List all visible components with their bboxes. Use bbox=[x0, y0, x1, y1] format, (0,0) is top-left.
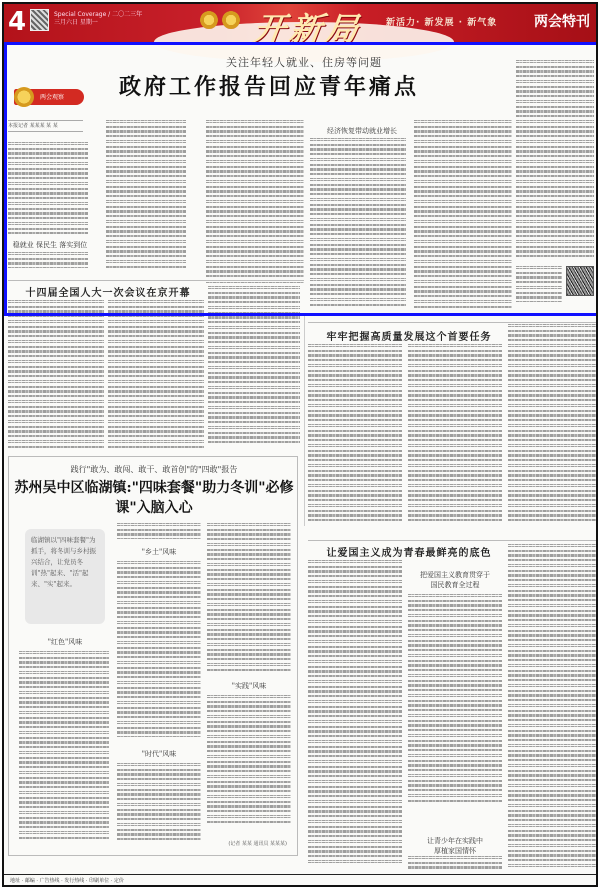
article4-subhead-4: 厚植家国情怀 bbox=[410, 846, 500, 856]
feature-subhead-2: "乡土"风味 bbox=[117, 547, 201, 557]
article2-headline: 十四届全国人大一次会议在京开幕 bbox=[8, 284, 208, 299]
lead-subhead-1: 稳就业 保民生 落实到位 bbox=[8, 240, 92, 250]
article4-subhead-2: 国民教育全过程 bbox=[410, 580, 500, 590]
lead-body-col-2 bbox=[106, 120, 186, 268]
feature-body-col-3b bbox=[207, 695, 291, 825]
lead-body-col-5 bbox=[414, 120, 512, 310]
article2-body-col-2 bbox=[108, 300, 204, 448]
masthead-info: Special Coverage / 二〇二三年三月六日 星期一 bbox=[54, 11, 144, 27]
feature-footnote: (记者 某某 通讯员 某某某) bbox=[228, 840, 287, 847]
article3-body-col-1 bbox=[308, 344, 402, 522]
feature-lead-box: 临湖镇以"四味套餐"为抓手，将冬训与乡村振兴结合，让党员冬训"热"起来、"活"起… bbox=[25, 529, 105, 624]
masthead-slogans: 新活力· 新发展 · 新气象 bbox=[386, 15, 497, 28]
feature-body-col-3a bbox=[207, 523, 291, 673]
article4-subhead-3: 让青少年在实践中 bbox=[410, 836, 500, 846]
page-footer: 地址 · 邮编 · 广告热线 · 发行热线 · 印刷单位 · 定价 bbox=[4, 874, 596, 887]
lead-body-col-6 bbox=[516, 60, 594, 260]
feature-article-box: 践行"敢为、敢闯、敢干、敢首创"的"四敢"报告 苏州吴中区临湖镇:"四味套餐"助… bbox=[8, 456, 298, 856]
masthead: 4 Special Coverage / 二〇二三年三月六日 星期一 开新局 新… bbox=[4, 4, 596, 42]
article4-headline: 让爱国主义成为青春最鲜亮的底色 bbox=[324, 544, 494, 559]
lead-kicker: 关注年轻人就业、住房等问题 bbox=[184, 54, 424, 70]
divider bbox=[8, 280, 304, 281]
party-emblem-icon bbox=[222, 11, 240, 29]
article3-body-col-3 bbox=[508, 324, 596, 522]
divider bbox=[308, 322, 596, 323]
feature-body-col-2a bbox=[117, 523, 201, 539]
column-divider bbox=[304, 316, 305, 526]
article3-body-col-2 bbox=[408, 344, 502, 522]
masthead-title: 开新局 bbox=[251, 4, 365, 50]
article3-headline: 牢牢把握高质量发展这个首要任务 bbox=[314, 328, 504, 343]
feature-subhead-4: "实践"风味 bbox=[207, 681, 291, 691]
newspaper-page: 4 Special Coverage / 二〇二三年三月六日 星期一 开新局 新… bbox=[2, 2, 598, 887]
lead-body-col-6b bbox=[516, 266, 562, 302]
qr-code-icon bbox=[566, 266, 594, 296]
masthead-section-label: 两会特刊 bbox=[534, 11, 590, 31]
qr-code-icon bbox=[30, 9, 49, 31]
article2-body-col-3 bbox=[208, 286, 300, 446]
feature-subhead-3: "时代"风味 bbox=[117, 749, 201, 759]
feature-kicker: 践行"敢为、敢闯、敢干、敢首创"的"四敢"报告 bbox=[9, 464, 299, 475]
feature-subhead-1: "红色"风味 bbox=[25, 637, 105, 647]
lead-body-col-4 bbox=[310, 138, 406, 306]
feature-headline: 苏州吴中区临湖镇:"四味套餐"助力冬训"必修课"入脑入心 bbox=[9, 477, 299, 517]
lead-body-col-1b bbox=[8, 252, 88, 268]
feature-body-col-2c bbox=[117, 763, 201, 841]
emblem-icon bbox=[14, 87, 34, 107]
lead-headline: 政府工作报告回应青年痛点 bbox=[104, 70, 434, 101]
national-emblem-icon bbox=[200, 11, 218, 29]
page-number: 4 bbox=[8, 7, 26, 37]
lead-byline: 本报记者 某某某 某 某 bbox=[8, 120, 83, 132]
lead-body-col-3 bbox=[206, 120, 304, 286]
article2-body-col-1 bbox=[8, 300, 104, 448]
article4-subhead-1: 把爱国主义教育贯穿于 bbox=[410, 570, 500, 580]
article4-body-col-2a bbox=[408, 594, 502, 804]
lead-subhead-2: 经济恢复带动就业增长 bbox=[314, 126, 410, 136]
divider bbox=[308, 540, 596, 541]
section-badge-label: 两会观察 bbox=[40, 92, 64, 101]
lead-body-col-1a bbox=[8, 142, 88, 234]
feature-body-col-1 bbox=[19, 651, 109, 841]
article4-body-col-1 bbox=[308, 560, 402, 864]
section-badge: 两会观察 bbox=[14, 89, 84, 105]
article4-body-col-3 bbox=[508, 544, 596, 870]
article4-body-col-2b bbox=[408, 856, 502, 870]
feature-body-col-2b bbox=[117, 561, 201, 737]
